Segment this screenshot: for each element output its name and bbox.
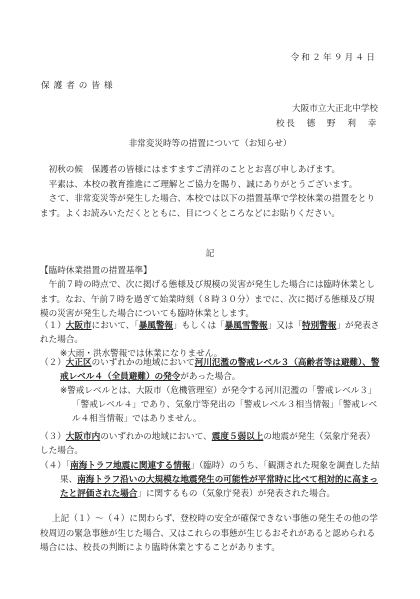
greeting-line: さて、非常変災等が発生した場合、本校では以下の措置基準で学校休業の措置をとります… bbox=[40, 192, 380, 221]
greeting-line: 初秋の候 保護者の皆様にはますますご清祥のこととお喜び申しあげます。 bbox=[40, 163, 380, 178]
emphasis: 南海トラフ地震に関連する情報 bbox=[70, 461, 190, 471]
emphasis: 震度５弱以上 bbox=[212, 432, 264, 442]
addressee: 保護者の皆様 bbox=[41, 79, 117, 91]
item-number: （１） bbox=[40, 321, 66, 331]
principal-name: 校長 德 野 利 幸 bbox=[276, 117, 378, 129]
item-line: （４）「南海トラフ地震に関連する情報」（臨時）のうち、「観測された現象を調査した… bbox=[40, 459, 380, 501]
text: があった場合。 bbox=[180, 372, 240, 382]
emphasis: 暴風雪警報 bbox=[225, 321, 268, 331]
item-note: ※警戒レベルとは、大阪市（危機管理室）が発令する河川氾濫の「警戒レベル３」「警戒… bbox=[40, 384, 380, 426]
criteria-item-1: （１）大阪市において、「暴風警報」もしくは「暴風雪警報」又は「特別警報」が発表さ… bbox=[40, 319, 380, 361]
section-heading: 【臨時休業措置の措置基準】 bbox=[40, 264, 380, 279]
item-line: （３）大阪市内のいずれかの地域において、震度５弱以上の地震が発生（気象庁発表）し… bbox=[40, 430, 380, 458]
text: において、「 bbox=[92, 321, 139, 331]
document-date: 令和２年９月４日 bbox=[291, 51, 377, 63]
item-line: （２）大正区のいずれかの地域において河川氾濫の警戒レベル３（高齢者等は避難）、警… bbox=[40, 356, 380, 384]
ki-marker: 記 bbox=[0, 247, 420, 259]
document-title: 非常変災時等の措置について（お知らせ） bbox=[0, 137, 420, 149]
criteria-item-4: （４）「南海トラフ地震に関連する情報」（臨時）のうち、「観測された現象を調査した… bbox=[40, 459, 380, 501]
emphasis: 大正区 bbox=[66, 358, 92, 368]
emphasis: 暴風警報 bbox=[139, 321, 173, 331]
closing-paragraph: 上記（１）～（４）に関わらず、登校時の安全が確保できない事態の発生その他の学校周… bbox=[40, 512, 380, 556]
item-number: （２） bbox=[40, 358, 66, 368]
emphasis: 大阪市内 bbox=[66, 432, 100, 442]
text: 」もしくは「 bbox=[173, 321, 225, 331]
section-intro: 午前７時の時点で、次に掲げる態様及び規模の災害が発生した場合には臨時休業とします… bbox=[40, 278, 380, 322]
text: のいずれかの地域において、 bbox=[100, 432, 212, 442]
item-line: （１）大阪市において、「暴風警報」もしくは「暴風雪警報」又は「特別警報」が発表さ… bbox=[40, 319, 380, 347]
text: 」に関するもの（気象庁発表）が発表された場合。 bbox=[137, 489, 335, 499]
emphasis: 大阪市 bbox=[66, 321, 92, 331]
text: 」又は「 bbox=[268, 321, 302, 331]
school-name: 大阪市立大正北中学校 bbox=[292, 102, 378, 114]
greeting-block: 初秋の候 保護者の皆様にはますますご清祥のこととお喜び申しあげます。 平素は、本… bbox=[40, 163, 380, 221]
emphasis: 特別警報 bbox=[302, 321, 336, 331]
item-number: （４） bbox=[40, 461, 66, 471]
criteria-item-2: （２）大正区のいずれかの地域において河川氾濫の警戒レベル３（高齢者等は避難）、警… bbox=[40, 356, 380, 426]
greeting-line: 平素は、本校の教育推進にご理解とご協力を賜り、誠にありがとうございます。 bbox=[40, 178, 380, 193]
text: のいずれかの地域において bbox=[92, 358, 195, 368]
item-number: （３） bbox=[40, 432, 66, 442]
criteria-item-3: （３）大阪市内のいずれかの地域において、震度５弱以上の地震が発生（気象庁発表）し… bbox=[40, 430, 380, 458]
